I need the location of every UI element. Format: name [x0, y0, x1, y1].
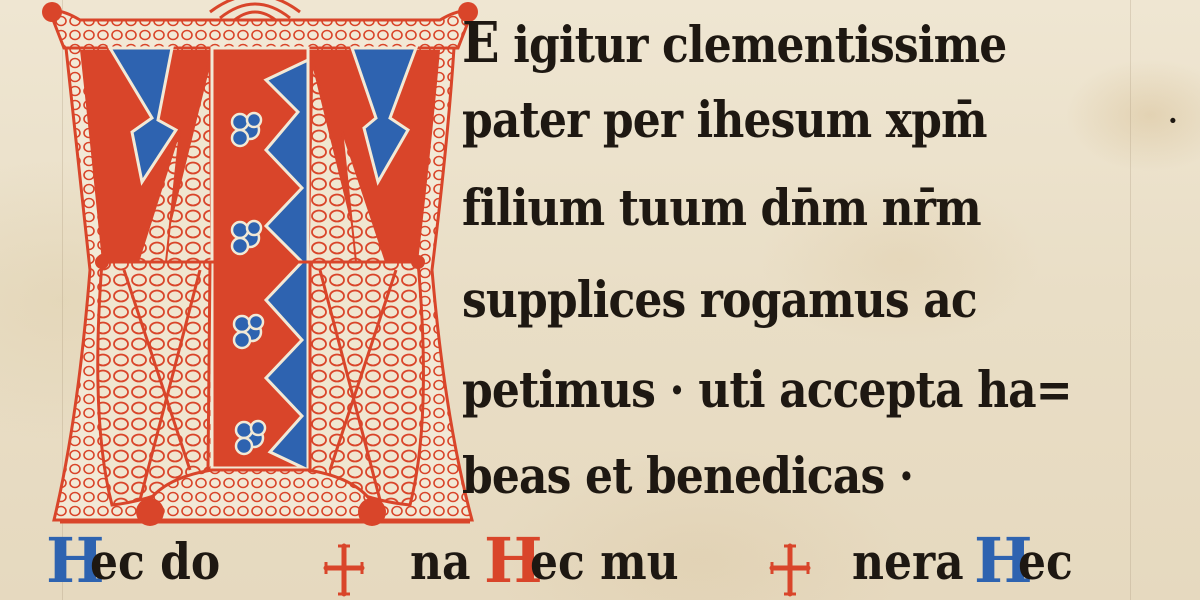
bottom-text-line: H ec do na H ec mu nera H ec — [40, 520, 1200, 600]
text-line-5: petimus · uti accepta ha= — [462, 360, 1072, 419]
capital-e: E — [462, 10, 499, 76]
text-line-3: filium tuum dn̄m nr̄m — [462, 178, 981, 237]
text-line-2: pater per ihesum xpm̄ — [462, 90, 987, 149]
margin-dot: · — [1168, 104, 1178, 137]
text-ec-do: ec do — [90, 532, 220, 591]
text-ec: ec — [1018, 532, 1073, 591]
text-nera: nera — [852, 532, 964, 591]
text-line-1: E igitur clementissime — [462, 10, 1006, 76]
red-cross-icon-2 — [768, 542, 812, 598]
red-cross-icon — [322, 542, 366, 598]
text-ec-mu: ec mu — [530, 532, 679, 591]
ruling-line-right — [1130, 0, 1131, 600]
decorated-initial-t — [40, 0, 480, 545]
text-na: na — [410, 532, 471, 591]
text-line-6: beas et benedicas · — [462, 446, 913, 505]
text-line-4: supplices rogamus ac — [462, 270, 977, 329]
